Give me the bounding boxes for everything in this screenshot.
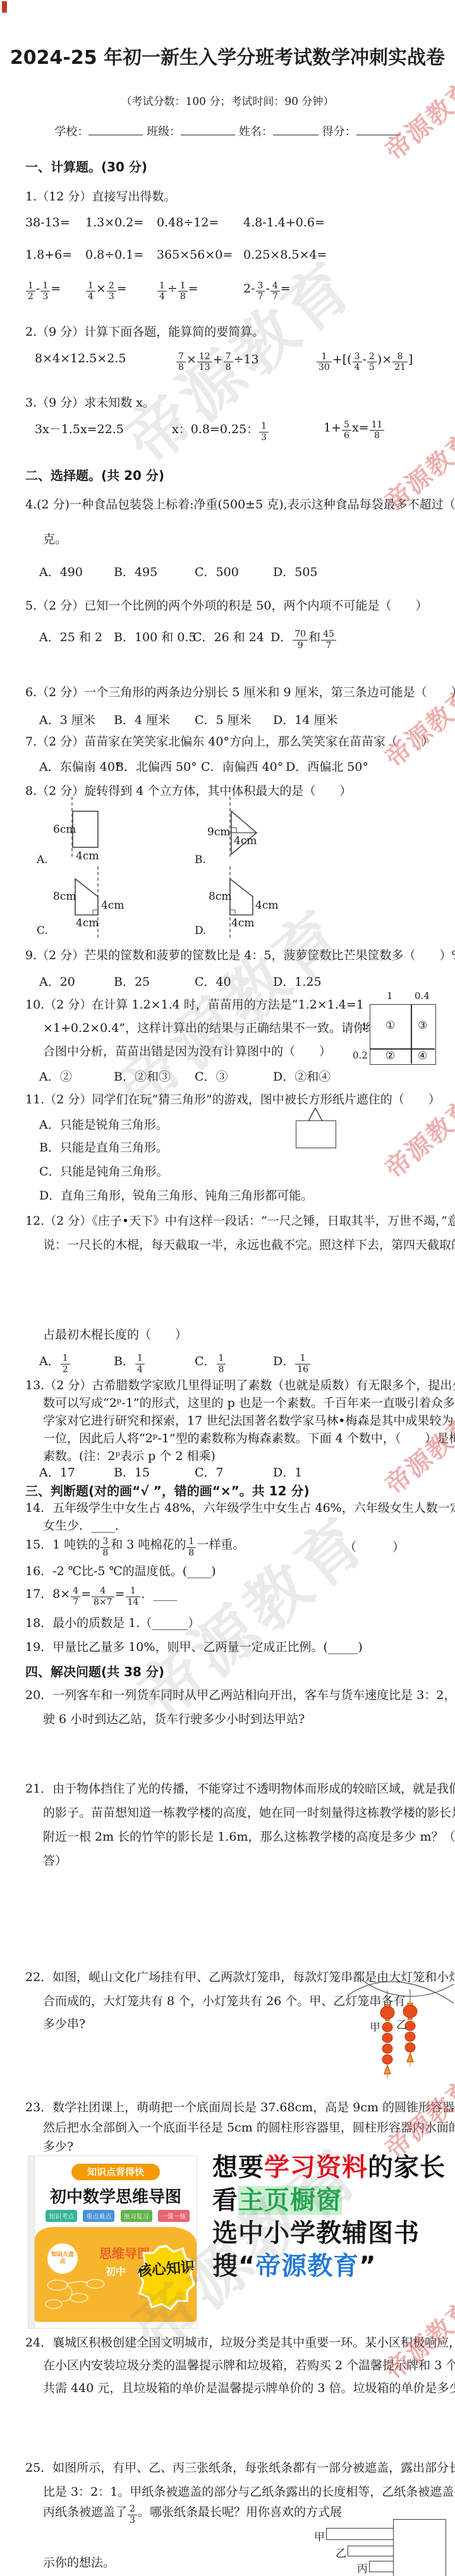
- ad-line: 看主页橱窗: [212, 2185, 446, 2218]
- q11-triangle-apex: [296, 1105, 335, 1122]
- q10-grid-vline: [411, 1004, 412, 1064]
- q21-line: 的影子。苗苗想知道一栋教学楼的高度，她在同一时刻量得这栋教学楼的影长是 20m，: [43, 1803, 455, 1820]
- q1-item: 14×23=: [85, 281, 127, 302]
- q12-line: 占最初木棍长度的（ ）: [43, 1325, 187, 1342]
- book-bubble: 知识大盘点: [47, 2243, 78, 2274]
- q23-line: 多少?: [43, 2137, 73, 2154]
- q17-line: 17．8×47=48×7=114．____: [25, 1585, 177, 1607]
- q10-option: B．②和③: [114, 1067, 171, 1084]
- q23-line: 然后把水全部倒入一个底面半径是 5cm 的圆柱形容器里，圆柱形容器内水面的高度是: [43, 2118, 455, 2135]
- q5-option: A．25 和 2: [39, 628, 102, 645]
- q13-line: 一位，因此后人将“2ᵖ-1”型的素数称为梅森素数。下面 4 个数中，（ ）是梅森: [43, 1429, 455, 1446]
- ad-text-block: 想要学习资料的家长看主页橱窗选中小学教辅图书搜“帝源教育”: [212, 2152, 446, 2284]
- q3-item: 3x－1.5x=22.5: [35, 420, 124, 437]
- section-4-header: 四、解决问题(共 38 分): [25, 1662, 164, 1680]
- ad-line-segment: 主页橱窗: [238, 2186, 342, 2215]
- score-blank: [356, 123, 401, 135]
- q3-item: 1+56x=118: [324, 420, 385, 441]
- q8-dim: 4cm: [255, 899, 278, 912]
- book-cover-text: 思维导图: [99, 2243, 150, 2262]
- book-tags: 知识考点 重点难点 预习复习 一课一练: [39, 2209, 197, 2222]
- q25-label-yi: 乙: [336, 2544, 346, 2560]
- q11-option: B．只能是直角三角形。: [39, 1138, 168, 1155]
- q24-line: 共需 440 元，且垃圾箱的单价是温馨提示牌单价的 3 倍。垃圾箱的单价是多少元…: [43, 2379, 455, 2396]
- q6-option: B．4 厘米: [114, 711, 170, 728]
- q13-option: A．17: [39, 1463, 75, 1480]
- student-info-row: 学校： 班级： 姓名： 得分：: [0, 123, 455, 139]
- q20-line: 驶 6 小时到达乙站，货车行驶多少小时到达甲站?: [43, 1710, 305, 1727]
- q8-dim: 4cm: [234, 835, 257, 847]
- q8-fig-label: D.: [195, 924, 206, 937]
- q4-option: B．495: [114, 563, 157, 580]
- q10-cell: ②: [385, 1050, 395, 1062]
- q14-line: 女生少．____．: [43, 1516, 127, 1533]
- exam-page: 2024-25 年初一新生入学分班考试数学冲刺实战卷 （考试分数：100 分；考…: [0, 0, 455, 2576]
- q9-option: B．25: [114, 972, 150, 990]
- ad-line-segment: 学习资料: [264, 2153, 368, 2182]
- q5-option: B．100 和 0.5: [114, 628, 197, 645]
- q12-option: B．14: [114, 1352, 145, 1375]
- q11-line: 11.（2 分）同学们在玩“猜三角形”的游戏，图中被长方形纸片遮住的（ ）: [25, 1090, 440, 1107]
- q21-line: 21．由于物体挡住了光的传播，不能穿过不透明物体而形成的较暗区域，就是我们常说: [25, 1779, 455, 1796]
- book-spine: [28, 2156, 35, 2328]
- q23-line: 23．数学社团课上，萌萌把一个底面周长是 37.68cm，高是 9cm 的圆锥形…: [25, 2098, 455, 2115]
- book-tag: 一课一练: [158, 2210, 190, 2222]
- score-label: 得分：: [322, 125, 356, 138]
- q6-option: A．3 厘米: [39, 711, 95, 728]
- q14-line: 14．五年级学生中女生占 48%，六年级学生中女生占 46%，六年级女生人数一定…: [25, 1499, 455, 1516]
- q5-option: C．26 和 24: [193, 628, 264, 645]
- q1-item: 2-37-47=: [243, 281, 291, 302]
- q10-cell: ④: [418, 1050, 427, 1062]
- q9-line: 9.（2 分）芒果的筐数和菠萝的筐数比是 4：5，菠萝筐数比芒果筐数多（ ）%。: [25, 946, 455, 963]
- q4-option: D．505: [273, 563, 318, 580]
- q10-left-label: 0.2: [353, 1050, 368, 1061]
- q12-option: C．18: [195, 1352, 226, 1375]
- q10-left-label: 1: [361, 1021, 368, 1032]
- book-cover-text: 初中: [106, 2264, 126, 2278]
- ad-line-segment: 帝源教育: [255, 2252, 359, 2281]
- q4-option: C．500: [195, 563, 239, 580]
- q4-option: A．490: [39, 563, 83, 580]
- ad-line-segment: ”: [359, 2252, 376, 2281]
- section-2-header: 二、选择题。(共 20 分): [25, 465, 164, 484]
- q8-rotation-figures: [25, 794, 303, 945]
- name-label: 姓名：: [239, 125, 273, 138]
- q11-cover-rectangle: [296, 1120, 336, 1148]
- book-tag: 重点难点: [83, 2210, 114, 2222]
- section-1-header: 一、计算题。(30 分): [25, 157, 147, 175]
- q2-item: 78×1213+78÷13: [176, 352, 259, 372]
- book-tag: 知识考点: [45, 2210, 77, 2222]
- q18-line: 18．最小的质数是 1.（______）: [25, 1614, 200, 1631]
- q12-line: 12.（2 分）《庄子•天下》中有这样一段话：“一尺之锤，日取其半，万世不竭，”…: [25, 1211, 455, 1229]
- exam-meta: （考试分数：100 分；考试时间：90 分钟）: [0, 92, 455, 108]
- q7-option: B．北偏西 50°: [115, 757, 197, 775]
- q10-line: 合图中分析，苗苗出错是因为没有计算图中的（ ）: [43, 1042, 331, 1059]
- q25-line: 25．如图所示，有甲、乙、丙三张纸条，每张纸条都有一部分被遮盖，露出部分长度的: [25, 2458, 455, 2475]
- q8-dim: 6cm: [53, 823, 76, 836]
- q1-item: 1.3×0.2=: [85, 216, 143, 230]
- q22-label-jia: 甲: [370, 2018, 380, 2034]
- q8-dim: 4cm: [76, 850, 99, 862]
- ad-book-cover: 知识点背得快 初中数学思维导图 知识考点 重点难点 预习复习 一课一练 知识大盘…: [28, 2156, 197, 2328]
- q1-item: 0.48÷12=: [157, 216, 219, 230]
- q10-cell: ③: [418, 1019, 427, 1032]
- q13-option: B．15: [114, 1463, 150, 1480]
- q22-label-yi: 乙: [396, 2016, 407, 2032]
- q8-dim: 4cm: [101, 899, 124, 912]
- ad-line: 搜“帝源教育”: [212, 2251, 446, 2284]
- q24-line: 在小区内安装垃圾分类的温馨提示牌和垃圾箱，若购买 2 个温馨提示牌和 3 个垃圾…: [43, 2356, 455, 2373]
- q13-option: C．7: [195, 1463, 224, 1480]
- q10-cell: ①: [385, 1019, 395, 1032]
- ad-line-segment: 选中小学教辅图书: [212, 2219, 420, 2248]
- q8-fig-label: C.: [37, 924, 48, 937]
- q13-line: 素数。(注：2ᵖ表示 p 个 2 相乘): [43, 1447, 215, 1464]
- q2-head: 2.（9 分）计算下面各题，能算简的要简算。: [25, 322, 264, 340]
- class-blank: [181, 123, 235, 135]
- q25-cover-square: [393, 2519, 446, 2576]
- book-tag: 预习复习: [121, 2210, 152, 2222]
- q11-option: A．只能是锐角三角形。: [39, 1115, 168, 1132]
- q8-fig-label: A.: [37, 854, 48, 866]
- q8-dim: 4cm: [231, 917, 254, 929]
- q25-line: 比是 3：2：1。甲纸条被遮盖的部分与乙纸条露出的长度相等，乙纸条被遮盖了 50…: [43, 2482, 455, 2499]
- ad-line-segment: 搜“: [212, 2252, 255, 2281]
- q10-option: A．②: [39, 1067, 72, 1084]
- q25-line: 丙纸条被遮盖了23。哪张纸条最长呢？用你喜欢的方式展: [43, 2503, 342, 2525]
- q9-option: A．20: [39, 972, 75, 990]
- q2-item: 8×4×12.5×2.5: [35, 352, 126, 365]
- q8-dim: 8cm: [209, 890, 231, 903]
- q10-top-label: 0.4: [415, 990, 430, 1002]
- q20-line: 20．一列客车和一列货车同时从甲乙两站相向开出，客车与货车速度比是 3：2，客车…: [25, 1686, 455, 1703]
- q10-top-label: 1: [387, 990, 393, 1002]
- q16-line: 16．-2 ℃比-5 ℃的温度低。(____): [25, 1562, 216, 1579]
- q5-line: 5.（2 分）已知一个比例的两个外项的积是 50，两个内项不可能是（ ）: [25, 596, 427, 613]
- q6-line: 6.（2 分）一个三角形的两条边分别长 5 厘米和 9 厘米，第三条边可能是（ …: [25, 683, 455, 700]
- q6-option: D．14 厘米: [273, 711, 337, 728]
- q7-option: C．南偏西 40°: [201, 757, 283, 775]
- q13-line: 学家对它进行研究和探索，17 世纪法国著名数学家马林•梅森是其中成果较为卓著的: [43, 1411, 455, 1428]
- q1-item: 1.8+6=: [25, 248, 72, 262]
- q11-option: C．只能是钝角三角形。: [39, 1162, 169, 1179]
- section-3-header: 三、判断题(对的画“√ ”，错的画“×”。共 12 分): [25, 1481, 310, 1499]
- name-blank: [273, 123, 318, 135]
- q13-option: D．1: [273, 1463, 302, 1480]
- ad-line: 选中小学教辅图书: [212, 2218, 446, 2251]
- class-label: 班级：: [147, 125, 181, 138]
- q12-option: A．12: [39, 1352, 71, 1375]
- q12-line: 说：一尺长的木棍，每天截取一半，永远也截不完。照这样下去，第四天截取的长度: [43, 1236, 455, 1253]
- q10-line: 10.（2 分）在计算 1.2×1.4 时，苗苗用的方法是“1.2×1.4=1: [25, 995, 364, 1012]
- red-corner-mark: [2, 1, 7, 13]
- q11-option: D．直角三角形，锐角三角形、钝角三角形都可能。: [39, 1186, 313, 1203]
- q12-option: D．116: [273, 1352, 311, 1375]
- q25-label-bing: 丙: [357, 2560, 368, 2575]
- book-badge: 知识点背得快: [71, 2164, 160, 2180]
- q22-line: 多少串?: [43, 2015, 85, 2032]
- page-title: 2024-25 年初一新生入学分班考试数学冲刺实战卷: [0, 42, 455, 70]
- school-blank: [88, 123, 143, 135]
- q8-dim: 9cm: [207, 826, 230, 838]
- q1-item: 0.8÷0.1=: [85, 248, 143, 262]
- q1-item: 4.8-1.4+0.6=: [243, 216, 325, 230]
- ad-line-segment: 看: [212, 2186, 238, 2215]
- q1-item: 38-13=: [25, 216, 70, 230]
- book-cover-art: 知识大盘点 思维导图 初中 核心知识: [35, 2227, 197, 2322]
- ad-line-segment: 想要: [212, 2153, 264, 2182]
- q10-option: C．③: [195, 1067, 228, 1084]
- q9-option: C．40: [195, 972, 231, 990]
- q8-dim: 8cm: [53, 890, 76, 903]
- ad-line-segment: 的家长: [368, 2153, 446, 2182]
- q7-option: A．东偏南 40°: [39, 757, 121, 775]
- q1-item: 0.25×8.5×4=: [243, 248, 327, 262]
- ad-line: 想要学习资料的家长: [212, 2152, 446, 2185]
- q19-line: 19．甲量比乙量多 10%，则甲、乙两量一定成正比例。(_____): [25, 1638, 363, 1655]
- q1-head: 1.（12 分）直接写出得数。: [25, 187, 176, 204]
- q3-item: x：0.8=0.25：13: [172, 420, 269, 443]
- school-label: 学校：: [54, 125, 88, 138]
- q2-item: 130+[(34-25)×821]: [316, 352, 413, 372]
- q10-option: D．②和④: [273, 1067, 331, 1084]
- q5-option: D．709和457: [270, 628, 337, 651]
- q1-item: 12-13=: [25, 281, 61, 302]
- q15-answer-blank: （ ）: [344, 1538, 404, 1555]
- q25-line: 示你的想法。: [43, 2553, 115, 2570]
- q1-item: 365×56×0=: [157, 248, 233, 262]
- q21-line: 附近一根 2m 长的竹竿的影长是 1.6m，那么这栋教学楼的高度是多少 m？（用…: [43, 1827, 455, 1844]
- q10-line: ×1+0.2×0.4”，这样计算出的结果与正确结果不一致。请你结: [43, 1019, 377, 1036]
- q25-label-jia: 甲: [314, 2528, 325, 2544]
- q4-line: 克。: [43, 530, 67, 547]
- q7-option: D．西偏北 50°: [286, 757, 368, 775]
- q8-dim: 4cm: [76, 917, 99, 929]
- q15-line: 15．1 吨铁的38和 3 吨棉花的18一样重。: [25, 1535, 245, 1558]
- q13-line: 13.（2 分）古希腊数学家欧几里得证明了素数（也就是质数）有无限多个，提出少量…: [25, 1376, 455, 1393]
- book-title: 初中数学思维导图: [35, 2184, 197, 2207]
- q4-line: 4.(2 分)一种食品包装袋上标着:净重(500±5 克),表示这种食品每袋最多…: [25, 495, 455, 512]
- q7-line: 7.（2 分）苗苗家在笑笑家北偏东 40°方向上，那么笑笑家在苗苗家（ ）: [25, 732, 434, 749]
- q21-line: 答）: [43, 1851, 67, 1868]
- q6-option: C．5 厘米: [195, 711, 252, 728]
- watermark-pink: 帝源教育: [361, 59, 455, 180]
- q9-option: D．1.25: [273, 972, 322, 990]
- q24-line: 24．襄城区积极创建全国文明城市，垃圾分类是其中重要一环。某小区积极响应，决定: [25, 2333, 455, 2350]
- q13-line: 数可以写成“2ᵖ-1”的形式，这里的 p 也是一个素数。千百年来一直吸引着众多的…: [43, 1394, 455, 1411]
- q1-item: 14÷18=: [157, 281, 198, 302]
- q8-fig-label: B.: [195, 854, 206, 866]
- q3-head: 3.（9 分）求未知数 x。: [25, 393, 155, 410]
